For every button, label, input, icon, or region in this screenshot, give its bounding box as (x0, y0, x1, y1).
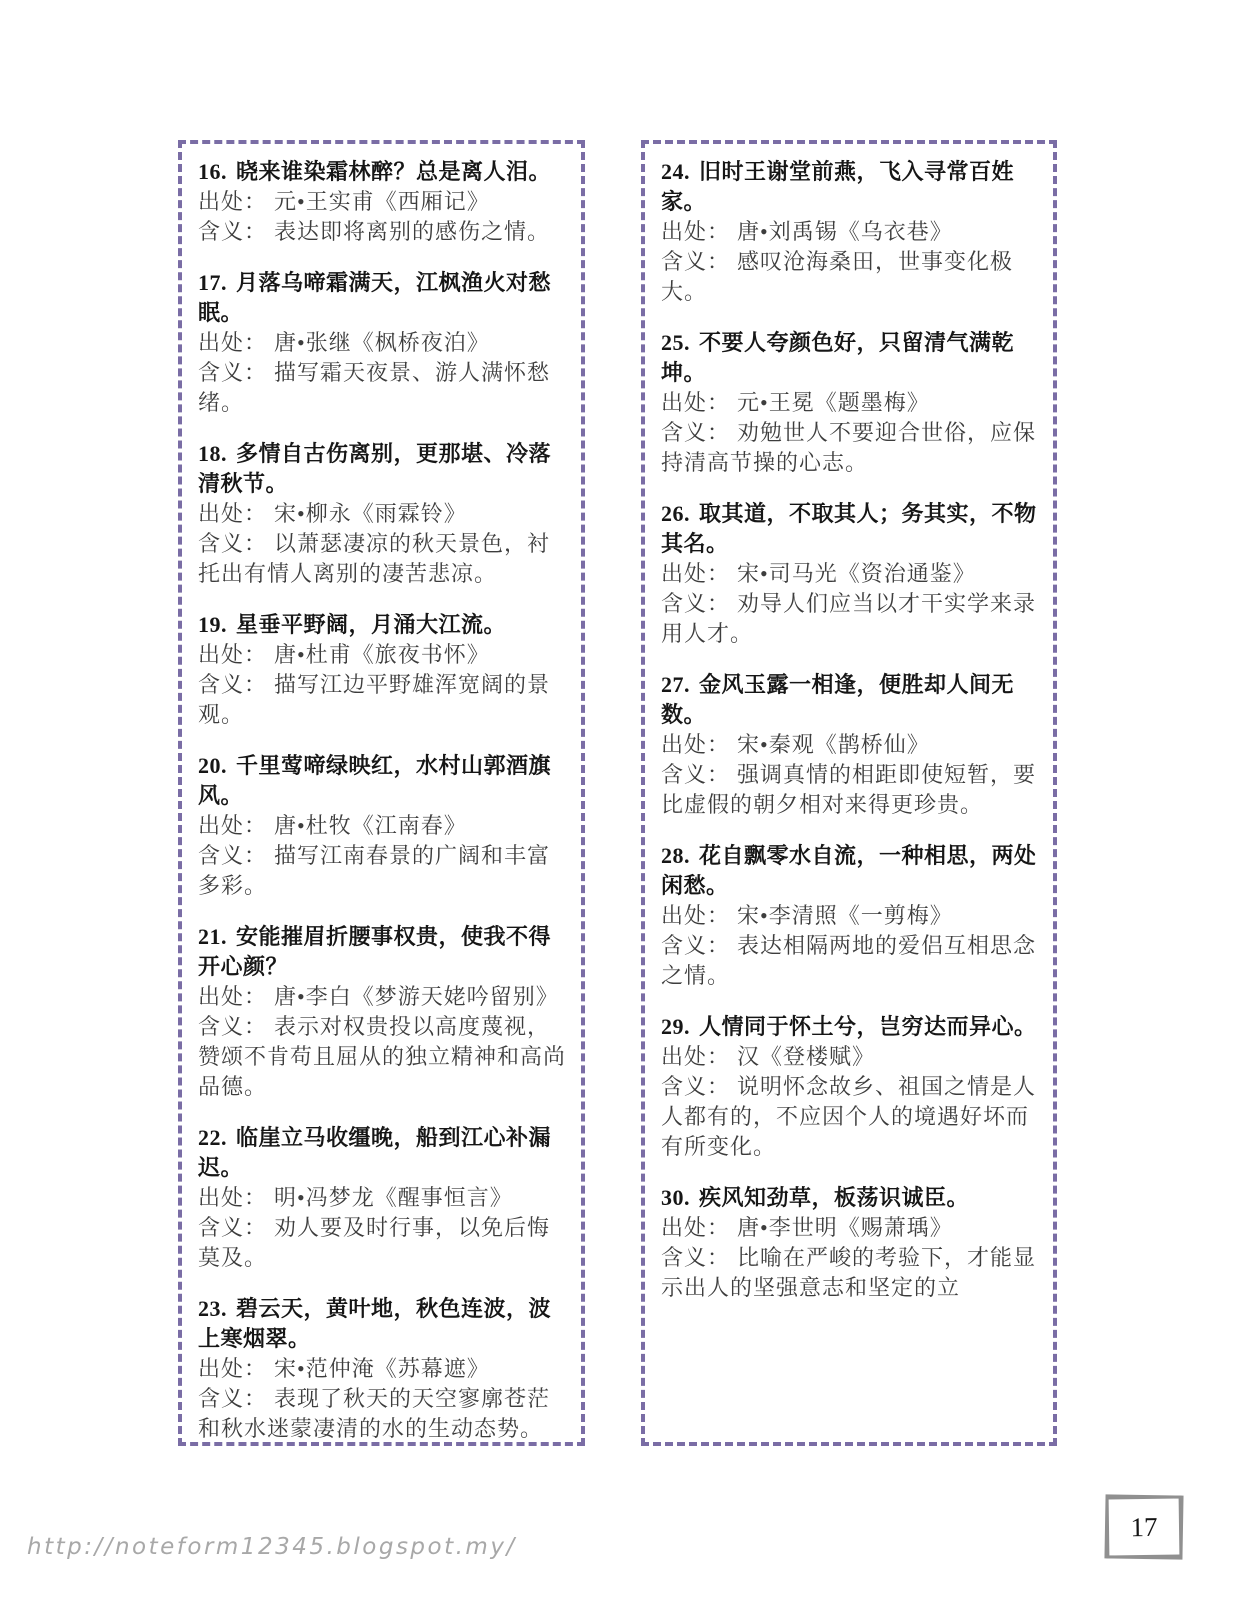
quote-item: 16.晓来谁染霜林醉？总是离人泪。出处：元•王实甫《西厢记》含义：表达即将离别的… (198, 157, 566, 247)
quote-text: 多情自古伤离别，更那堪、冷落清秋节。 (198, 441, 551, 496)
source-line: 出处：明•冯梦龙《醒事恒言》 (198, 1183, 566, 1213)
source-value: 宋•范仲淹《苏幕遮》 (274, 1356, 490, 1381)
source-label: 出处： (198, 984, 267, 1009)
quote-number: 27. (661, 672, 690, 697)
source-label: 出处： (198, 1356, 267, 1381)
quote-line: 16.晓来谁染霜林醉？总是离人泪。 (198, 157, 566, 187)
meaning-label: 含义： (661, 1074, 730, 1099)
meaning-label: 含义： (661, 249, 730, 274)
meaning-label: 含义： (198, 531, 267, 556)
source-label: 出处： (661, 561, 730, 586)
meaning-line: 含义：描写江边平野雄浑宽阔的景观。 (198, 670, 566, 730)
source-value: 元•王冕《题墨梅》 (737, 390, 930, 415)
right-quote-panel: 24.旧时王谢堂前燕，飞入寻常百姓家。出处：唐•刘禹锡《乌衣巷》含义：感叹沧海桑… (641, 140, 1057, 1446)
quote-line: 19.星垂平野阔，月涌大江流。 (198, 610, 566, 640)
quote-item: 17.月落乌啼霜满天，江枫渔火对愁眠。出处：唐•张继《枫桥夜泊》含义：描写霜天夜… (198, 268, 566, 418)
quote-item: 29.人情同于怀土兮，岂穷达而异心。出处：汉《登楼赋》含义：说明怀念故乡、祖国之… (661, 1012, 1038, 1162)
meaning-line: 含义：劝勉世人不要迎合世俗，应保持清高节操的心志。 (661, 418, 1038, 478)
meaning-value: 表达即将离别的感伤之情。 (274, 219, 550, 244)
quote-line: 21.安能摧眉折腰事权贵，使我不得开心颜？ (198, 922, 566, 982)
source-label: 出处： (661, 390, 730, 415)
meaning-label: 含义： (198, 1386, 267, 1411)
meaning-label: 含义： (661, 420, 730, 445)
meaning-line: 含义：表现了秋天的天空寥廓苍茫和秋水迷蒙凄清的水的生动态势。 (198, 1384, 566, 1444)
source-value: 唐•杜牧《江南春》 (274, 813, 467, 838)
quote-line: 23.碧云天，黄叶地，秋色连波，波上寒烟翠。 (198, 1294, 566, 1354)
source-label: 出处： (661, 219, 730, 244)
quote-number: 17. (198, 270, 227, 295)
quote-text: 千里莺啼绿映红，水村山郭酒旗风。 (198, 753, 551, 808)
meaning-line: 含义：表示对权贵投以高度蔑视，赞颂不肯苟且屈从的独立精神和高尚品德。 (198, 1012, 566, 1102)
quote-text: 晓来谁染霜林醉？总是离人泪。 (236, 159, 551, 184)
source-line: 出处：唐•杜甫《旅夜书怀》 (198, 640, 566, 670)
quote-text: 金风玉露一相逢，便胜却人间无数。 (661, 672, 1014, 727)
quote-item: 27.金风玉露一相逢，便胜却人间无数。出处：宋•秦观《鹊桥仙》含义：强调真情的相… (661, 670, 1038, 820)
source-value: 宋•柳永《雨霖铃》 (274, 501, 467, 526)
meaning-line: 含义：描写江南春景的广阔和丰富多彩。 (198, 841, 566, 901)
quote-number: 19. (198, 612, 227, 637)
quote-line: 18.多情自古伤离别，更那堪、冷落清秋节。 (198, 439, 566, 499)
source-line: 出处：宋•范仲淹《苏幕遮》 (198, 1354, 566, 1384)
quote-item: 22.临崖立马收缰晚，船到江心补漏迟。出处：明•冯梦龙《醒事恒言》含义：劝人要及… (198, 1123, 566, 1273)
source-value: 宋•秦观《鹊桥仙》 (737, 732, 930, 757)
quote-number: 20. (198, 753, 227, 778)
quote-line: 29.人情同于怀土兮，岂穷达而异心。 (661, 1012, 1038, 1042)
quote-number: 16. (198, 159, 227, 184)
source-label: 出处： (198, 189, 267, 214)
meaning-label: 含义： (661, 933, 730, 958)
source-value: 宋•司马光《资治通鉴》 (737, 561, 976, 586)
source-value: 明•冯梦龙《醒事恒言》 (274, 1185, 513, 1210)
quote-number: 22. (198, 1125, 227, 1150)
quote-line: 25.不要人夸颜色好，只留清气满乾坤。 (661, 328, 1038, 388)
source-value: 唐•李白《梦游天姥吟留别》 (274, 984, 559, 1009)
meaning-line: 含义：劝人要及时行事，以免后悔莫及。 (198, 1213, 566, 1273)
source-line: 出处：唐•张继《枫桥夜泊》 (198, 328, 566, 358)
quote-text: 月落乌啼霜满天，江枫渔火对愁眠。 (198, 270, 551, 325)
meaning-line: 含义：以萧瑟凄凉的秋天景色，衬托出有情人离别的凄苦悲凉。 (198, 529, 566, 589)
quote-item: 19.星垂平野阔，月涌大江流。出处：唐•杜甫《旅夜书怀》含义：描写江边平野雄浑宽… (198, 610, 566, 730)
quote-item: 21.安能摧眉折腰事权贵，使我不得开心颜？出处：唐•李白《梦游天姥吟留别》含义：… (198, 922, 566, 1102)
footer-url-link[interactable]: http://noteform12345.blogspot.my/ (27, 1534, 517, 1560)
source-line: 出处：唐•李世明《赐萧瑀》 (661, 1213, 1038, 1243)
quote-text: 不要人夸颜色好，只留清气满乾坤。 (661, 330, 1014, 385)
meaning-line: 含义：表达即将离别的感伤之情。 (198, 217, 566, 247)
quote-item: 18.多情自古伤离别，更那堪、冷落清秋节。出处：宋•柳永《雨霖铃》含义：以萧瑟凄… (198, 439, 566, 589)
meaning-label: 含义： (198, 843, 267, 868)
quote-item: 30.疾风知劲草，板荡识诚臣。出处：唐•李世明《赐萧瑀》含义：比喻在严峻的考验下… (661, 1183, 1038, 1303)
meaning-label: 含义： (661, 1245, 730, 1270)
quote-number: 26. (661, 501, 690, 526)
source-label: 出处： (198, 813, 267, 838)
source-label: 出处： (661, 903, 730, 928)
source-line: 出处：唐•杜牧《江南春》 (198, 811, 566, 841)
quote-text: 星垂平野阔，月涌大江流。 (236, 612, 506, 637)
quote-text: 人情同于怀土兮，岂穷达而异心。 (699, 1014, 1037, 1039)
meaning-line: 含义：强调真情的相距即使短暂，要比虚假的朝夕相对来得更珍贵。 (661, 760, 1038, 820)
source-label: 出处： (661, 1215, 730, 1240)
source-value: 汉《登楼赋》 (737, 1044, 875, 1069)
meaning-line: 含义：描写霜天夜景、游人满怀愁绪。 (198, 358, 566, 418)
quote-item: 20.千里莺啼绿映红，水村山郭酒旗风。出处：唐•杜牧《江南春》含义：描写江南春景… (198, 751, 566, 901)
source-line: 出处：宋•柳永《雨霖铃》 (198, 499, 566, 529)
quote-item: 26.取其道，不取其人；务其实，不物其名。出处：宋•司马光《资治通鉴》含义：劝导… (661, 499, 1038, 649)
source-line: 出处：汉《登楼赋》 (661, 1042, 1038, 1072)
quote-line: 30.疾风知劲草，板荡识诚臣。 (661, 1183, 1038, 1213)
source-label: 出处： (198, 330, 267, 355)
source-value: 唐•刘禹锡《乌衣巷》 (737, 219, 953, 244)
meaning-label: 含义： (661, 762, 730, 787)
quote-number: 28. (661, 843, 690, 868)
quote-line: 20.千里莺啼绿映红，水村山郭酒旗风。 (198, 751, 566, 811)
source-value: 唐•张继《枫桥夜泊》 (274, 330, 490, 355)
meaning-label: 含义： (198, 219, 267, 244)
quote-item: 24.旧时王谢堂前燕，飞入寻常百姓家。出处：唐•刘禹锡《乌衣巷》含义：感叹沧海桑… (661, 157, 1038, 307)
quote-line: 24.旧时王谢堂前燕，飞入寻常百姓家。 (661, 157, 1038, 217)
quote-number: 18. (198, 441, 227, 466)
quote-item: 23.碧云天，黄叶地，秋色连波，波上寒烟翠。出处：宋•范仲淹《苏幕遮》含义：表现… (198, 1294, 566, 1444)
quote-text: 安能摧眉折腰事权贵，使我不得开心颜？ (198, 924, 551, 979)
source-line: 出处：宋•李清照《一剪梅》 (661, 901, 1038, 931)
source-label: 出处： (661, 732, 730, 757)
page-number-box: 17 (1106, 1495, 1183, 1558)
left-quote-panel: 16.晓来谁染霜林醉？总是离人泪。出处：元•王实甫《西厢记》含义：表达即将离别的… (178, 140, 585, 1446)
quote-line: 22.临崖立马收缰晚，船到江心补漏迟。 (198, 1123, 566, 1183)
quote-line: 17.月落乌啼霜满天，江枫渔火对愁眠。 (198, 268, 566, 328)
source-label: 出处： (198, 1185, 267, 1210)
quote-number: 24. (661, 159, 690, 184)
meaning-label: 含义： (198, 1215, 267, 1240)
meaning-label: 含义： (198, 1014, 267, 1039)
meaning-line: 含义：感叹沧海桑田，世事变化极大。 (661, 247, 1038, 307)
quote-line: 27.金风玉露一相逢，便胜却人间无数。 (661, 670, 1038, 730)
quote-number: 29. (661, 1014, 690, 1039)
source-line: 出处：唐•刘禹锡《乌衣巷》 (661, 217, 1038, 247)
source-line: 出处：唐•李白《梦游天姥吟留别》 (198, 982, 566, 1012)
meaning-label: 含义： (198, 672, 267, 697)
quote-line: 28.花自飘零水自流，一种相思，两处闲愁。 (661, 841, 1038, 901)
source-line: 出处：元•王实甫《西厢记》 (198, 187, 566, 217)
document-page: 16.晓来谁染霜林醉？总是离人泪。出处：元•王实甫《西厢记》含义：表达即将离别的… (0, 0, 1236, 1600)
quote-text: 临崖立马收缰晚，船到江心补漏迟。 (198, 1125, 551, 1180)
quote-number: 25. (661, 330, 690, 355)
source-label: 出处： (661, 1044, 730, 1069)
source-line: 出处：宋•秦观《鹊桥仙》 (661, 730, 1038, 760)
source-label: 出处： (198, 501, 267, 526)
meaning-label: 含义： (661, 591, 730, 616)
meaning-line: 含义：劝导人们应当以才干实学来录用人才。 (661, 589, 1038, 649)
quote-text: 旧时王谢堂前燕，飞入寻常百姓家。 (661, 159, 1014, 214)
quote-number: 21. (198, 924, 227, 949)
meaning-line: 含义：表达相隔两地的爱侣互相思念之情。 (661, 931, 1038, 991)
meaning-line: 含义：比喻在严峻的考验下，才能显示出人的坚强意志和坚定的立 (661, 1243, 1038, 1303)
source-value: 唐•李世明《赐萧瑀》 (737, 1215, 953, 1240)
quote-number: 30. (661, 1185, 690, 1210)
source-value: 唐•杜甫《旅夜书怀》 (274, 642, 490, 667)
page-number: 17 (1130, 1511, 1157, 1542)
quote-number: 23. (198, 1296, 227, 1321)
meaning-line: 含义：说明怀念故乡、祖国之情是人人都有的，不应因个人的境遇好坏而有所变化。 (661, 1072, 1038, 1162)
quote-item: 25.不要人夸颜色好，只留清气满乾坤。出处：元•王冕《题墨梅》含义：劝勉世人不要… (661, 328, 1038, 478)
source-value: 元•王实甫《西厢记》 (274, 189, 490, 214)
quote-line: 26.取其道，不取其人；务其实，不物其名。 (661, 499, 1038, 559)
quote-item: 28.花自飘零水自流，一种相思，两处闲愁。出处：宋•李清照《一剪梅》含义：表达相… (661, 841, 1038, 991)
quote-text: 碧云天，黄叶地，秋色连波，波上寒烟翠。 (198, 1296, 551, 1351)
quote-text: 疾风知劲草，板荡识诚臣。 (699, 1185, 969, 1210)
source-line: 出处：元•王冕《题墨梅》 (661, 388, 1038, 418)
source-label: 出处： (198, 642, 267, 667)
source-value: 宋•李清照《一剪梅》 (737, 903, 953, 928)
quote-text: 取其道，不取其人；务其实，不物其名。 (661, 501, 1037, 556)
meaning-label: 含义： (198, 360, 267, 385)
source-line: 出处：宋•司马光《资治通鉴》 (661, 559, 1038, 589)
quote-text: 花自飘零水自流，一种相思，两处闲愁。 (661, 843, 1037, 898)
